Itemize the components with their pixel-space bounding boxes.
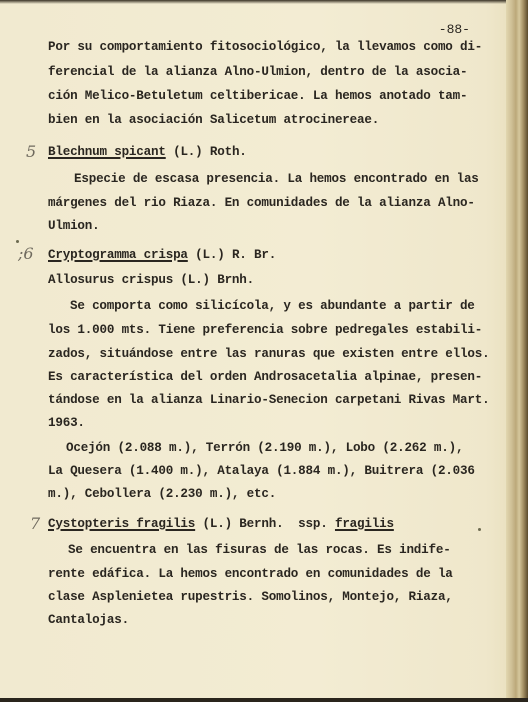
- paragraph-line: ferencial de la alianza Alno-Ulmion, den…: [48, 65, 467, 79]
- description-line: los 1.000 mts. Tiene preferencia sobre p…: [48, 323, 482, 337]
- description-line: rente edáfica. La hemos encontrado en co…: [48, 567, 453, 581]
- paragraph-line: bien en la asociación Salicetum atrocine…: [48, 113, 379, 127]
- description-line: Es característica del orden Androsacetal…: [48, 370, 482, 384]
- description-line: clase Asplenietea rupestris. Somolinos, …: [48, 590, 453, 604]
- paragraph-line: Por su comportamiento fitosociológico, l…: [48, 40, 482, 54]
- book-binding-edge: [506, 0, 528, 702]
- species-heading: Blechnum spicant (L.) Roth.: [48, 145, 247, 159]
- description-line: Se comporta como silicícola, y es abunda…: [70, 299, 475, 313]
- species-authority: (L.) Roth.: [173, 145, 247, 159]
- species-name: Cystopteris fragilis: [48, 517, 195, 531]
- page-number: -88-: [439, 22, 470, 37]
- synonym-line: Allosurus crispus (L.) Brnh.: [48, 273, 254, 287]
- locality-line: m.), Cebollera (2.230 m.), etc.: [48, 487, 276, 501]
- locality-line: Ocejón (2.088 m.), Terrón (2.190 m.), Lo…: [66, 441, 463, 455]
- subspecies-name: fragilis: [335, 517, 394, 531]
- pencil-mark: [16, 240, 19, 243]
- description-line: Cantalojas.: [48, 613, 129, 627]
- locality-line: La Quesera (1.400 m.), Atalaya (1.884 m.…: [48, 464, 475, 478]
- scan-bottom-edge: [0, 698, 528, 702]
- subspecies-prefix: ssp.: [298, 517, 327, 531]
- species-name: Blechnum spicant: [48, 145, 166, 159]
- description-line: 1963.: [48, 416, 85, 430]
- description-line: Especie de escasa presencia. La hemos en…: [74, 172, 479, 186]
- description-line: Ulmion.: [48, 219, 100, 233]
- species-authority: (L.) Bernh.: [203, 517, 284, 531]
- margin-number: ;6: [18, 244, 34, 263]
- description-line: Se encuentra en las fisuras de las rocas…: [68, 543, 451, 557]
- species-authority: (L.) R. Br.: [195, 248, 276, 262]
- species-heading: Cryptogramma crispa (L.) R. Br.: [48, 248, 276, 262]
- species-heading: Cystopteris fragilis (L.) Bernh. ssp. fr…: [48, 517, 394, 531]
- ink-speck: [478, 528, 481, 531]
- margin-number: 7: [30, 514, 40, 533]
- description-line: márgenes del rio Riaza. En comunidades d…: [48, 196, 475, 210]
- document-page: -88- Por su comportamiento fitosociológi…: [0, 0, 528, 702]
- description-line: zados, situándose entre las ranuras que …: [48, 347, 489, 361]
- species-name: Cryptogramma crispa: [48, 248, 188, 262]
- margin-number: 5: [26, 142, 36, 161]
- scan-top-edge: [0, 0, 528, 4]
- description-line: tándose en la alianza Linario-Senecion c…: [48, 393, 489, 407]
- paragraph-line: ción Melico-Betuletum celtibericae. La h…: [48, 89, 467, 103]
